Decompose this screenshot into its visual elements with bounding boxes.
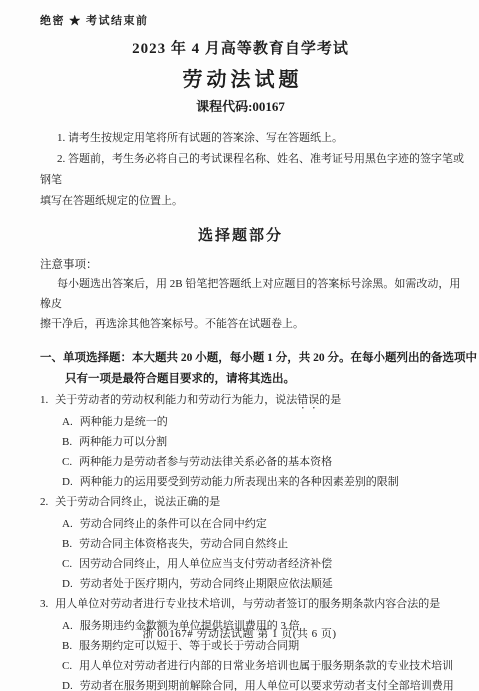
option-label: D. bbox=[62, 578, 73, 590]
option-text: 劳动者处于医疗期内，劳动合同终止期限应依法顺延 bbox=[80, 578, 333, 590]
part-one-heading: 一、单项选择题：本大题共 20 小题，每小题 1 分，共 20 分。在每小题列出… bbox=[40, 348, 469, 390]
option-row: B.两种能力可以分割 bbox=[40, 432, 469, 452]
exam-paper-page: 绝密 ★ 考试结束前 2023 年 4 月高等教育自学考试 劳动法试题 课程代码… bbox=[0, 0, 479, 691]
option-row: A.两种能力是统一的 bbox=[40, 412, 469, 432]
option-row: D.两种能力的运用要受到劳动能力所表现出来的各种因素差别的限制 bbox=[40, 472, 469, 492]
part-one-heading-line: 一、单项选择题：本大题共 20 小题，每小题 1 分，共 20 分。在每小题列出… bbox=[40, 348, 469, 369]
question-stem: 3.用人单位对劳动者进行专业技术培训，与劳动者签订的服务期条款内容合法的是 bbox=[40, 594, 469, 616]
option-label: D. bbox=[62, 680, 73, 691]
option-text: 因劳动合同终止，用人单位应当支付劳动者经济补偿 bbox=[79, 558, 332, 570]
option-text: 用人单位对劳动者进行内部的日常业务培训也属于服务期条款的专业技术培训 bbox=[79, 660, 453, 672]
question: 3.用人单位对劳动者进行专业技术培训，与劳动者签订的服务期条款内容合法的是 A.… bbox=[40, 594, 469, 691]
option-text: 两种能力是统一的 bbox=[80, 416, 168, 428]
notes-line: 每小题选出答案后，用 2B 铅笔把答题纸上对应题目的答案标号涂黑。如需改动，用橡… bbox=[40, 274, 465, 314]
option-label: D. bbox=[62, 476, 73, 488]
option-text: 服务期约定可以短于、等于或长于劳动合同期 bbox=[79, 640, 299, 652]
option-text: 劳动合同终止的条件可以在合同中约定 bbox=[80, 518, 267, 530]
question: 1.关于劳动者的劳动权利能力和劳动行为能力，说法错误的是 A.两种能力是统一的B… bbox=[40, 390, 469, 492]
general-instructions: 1. 请考生按规定用笔将所有试题的答案涂、写在答题纸上。 2. 答题前，考生务必… bbox=[40, 128, 469, 212]
option-row: C.两种能力是劳动者参与劳动法律关系必备的基本资格 bbox=[40, 452, 469, 472]
option-text: 劳动者在服务期到期前解除合同，用人单位可以要求劳动者支付全部培训费用 bbox=[80, 680, 454, 691]
question: 2.关于劳动合同终止，说法正确的是 A.劳动合同终止的条件可以在合同中约定B.劳… bbox=[40, 492, 469, 594]
stem-before: 关于劳动者的劳动权利能力和劳动行为能力，说法 bbox=[55, 394, 297, 406]
choice-section-heading: 选择题部分 bbox=[40, 224, 469, 245]
option-row: C.因劳动合同终止，用人单位应当支付劳动者经济补偿 bbox=[40, 554, 469, 574]
option-row: D.劳动者处于医疗期内，劳动合同终止期限应依法顺延 bbox=[40, 574, 469, 594]
question-stem: 2.关于劳动合同终止，说法正确的是 bbox=[40, 492, 469, 514]
notes-label: 注意事项： bbox=[40, 256, 469, 272]
notes-paragraph: 每小题选出答案后，用 2B 铅笔把答题纸上对应题目的答案标号涂黑。如需改动，用橡… bbox=[40, 274, 469, 334]
classification-banner: 绝密 ★ 考试结束前 bbox=[40, 12, 469, 28]
option-row: A.劳动合同终止的条件可以在合同中约定 bbox=[40, 514, 469, 534]
question-number: 2. bbox=[40, 496, 48, 508]
notes-line: 擦干净后，再选涂其他答案标号。不能答在试题卷上。 bbox=[40, 314, 465, 334]
course-code: 课程代码:00167 bbox=[40, 96, 469, 115]
instruction-line: 1. 请考生按规定用笔将所有试题的答案涂、写在答题纸上。 bbox=[40, 128, 465, 149]
question-stem: 1.关于劳动者的劳动权利能力和劳动行为能力，说法错误的是 bbox=[40, 390, 469, 412]
exam-session-title: 2023 年 4 月高等教育自学考试 bbox=[40, 37, 469, 58]
option-label: C. bbox=[62, 456, 72, 468]
question-list: 1.关于劳动者的劳动权利能力和劳动行为能力，说法错误的是 A.两种能力是统一的B… bbox=[40, 390, 469, 691]
option-text: 两种能力可以分割 bbox=[79, 436, 167, 448]
option-row: B.劳动合同主体资格丧失，劳动合同自然终止 bbox=[40, 534, 469, 554]
part-one-heading-line: 只有一项是最符合题目要求的，请将其选出。 bbox=[65, 369, 469, 390]
option-label: A. bbox=[62, 416, 73, 428]
page-title: 劳动法试题 bbox=[40, 63, 469, 92]
option-row: D.劳动者在服务期到期前解除合同，用人单位可以要求劳动者支付全部培训费用 bbox=[40, 676, 469, 691]
option-label: C. bbox=[62, 558, 72, 570]
stem-before: 用人单位对劳动者进行专业技术培训，与劳动者签订的服务期条款内容合法的是 bbox=[55, 598, 440, 610]
option-text: 劳动合同主体资格丧失，劳动合同自然终止 bbox=[79, 538, 288, 550]
option-label: C. bbox=[62, 660, 72, 672]
option-label: A. bbox=[62, 518, 73, 530]
option-label: B. bbox=[62, 436, 72, 448]
stem-emphasis: 错误 bbox=[297, 394, 319, 406]
page-footer: 浙 00167# 劳动法试题 第 1 页(共 6 页) bbox=[0, 625, 479, 641]
stem-after: 的是 bbox=[319, 394, 341, 406]
instruction-line: 填写在答题纸规定的位置上。 bbox=[40, 191, 465, 212]
option-list: A.劳动合同终止的条件可以在合同中约定B.劳动合同主体资格丧失，劳动合同自然终止… bbox=[40, 514, 469, 594]
option-label: B. bbox=[62, 538, 72, 550]
option-row: C.用人单位对劳动者进行内部的日常业务培训也属于服务期条款的专业技术培训 bbox=[40, 656, 469, 676]
option-text: 两种能力的运用要受到劳动能力所表现出来的各种因素差别的限制 bbox=[80, 476, 399, 488]
option-label: B. bbox=[62, 640, 72, 652]
question-number: 1. bbox=[40, 394, 48, 406]
instruction-line: 2. 答题前，考生务必将自己的考试课程名称、姓名、准考证号用黑色字迹的签字笔或钢… bbox=[40, 149, 465, 191]
stem-before: 关于劳动合同终止，说法正确的是 bbox=[55, 496, 220, 508]
question-number: 3. bbox=[40, 598, 48, 610]
option-text: 两种能力是劳动者参与劳动法律关系必备的基本资格 bbox=[79, 456, 332, 468]
option-list: A.两种能力是统一的B.两种能力可以分割C.两种能力是劳动者参与劳动法律关系必备… bbox=[40, 412, 469, 492]
